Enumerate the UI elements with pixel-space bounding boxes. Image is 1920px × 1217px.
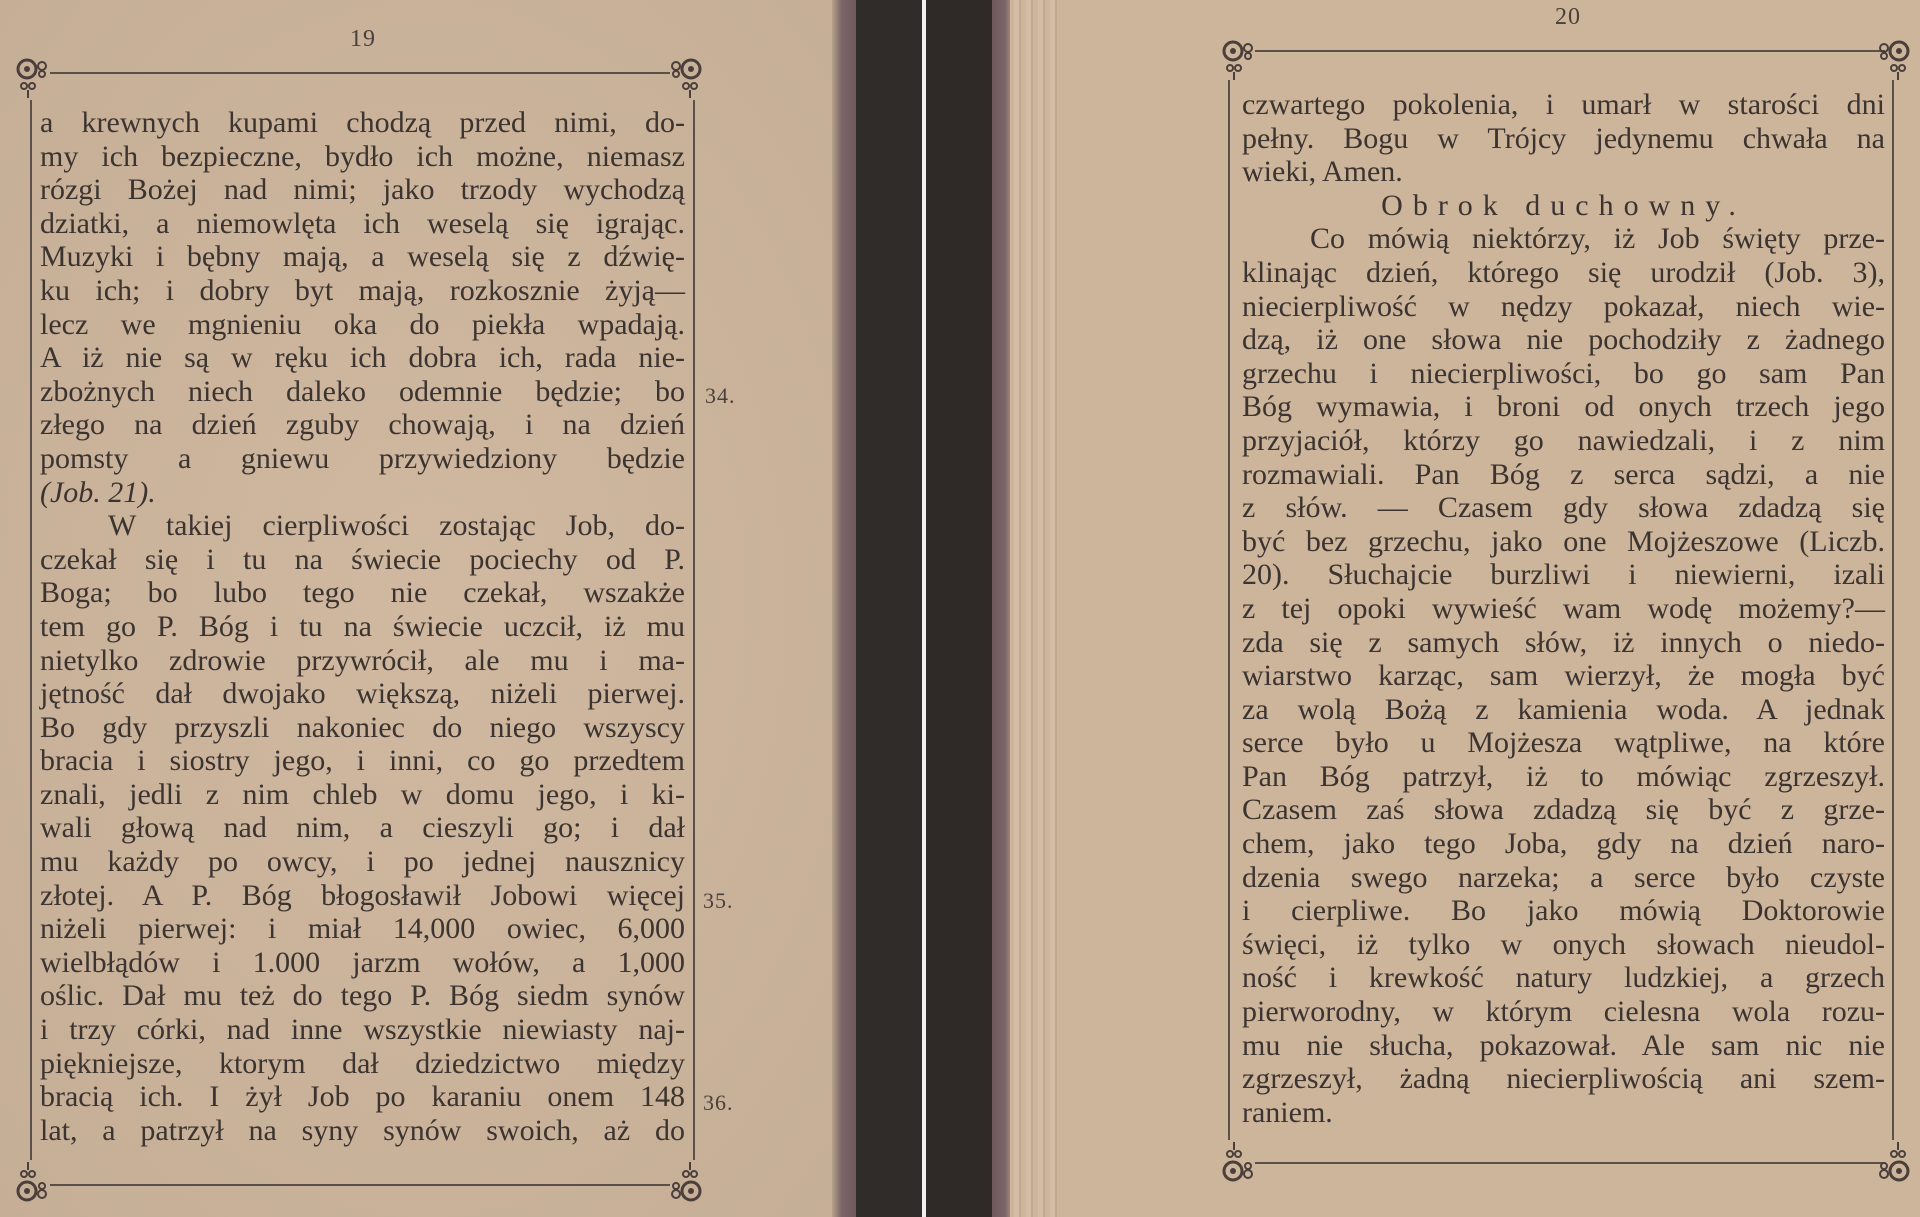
text-line: oślic. Dał mu też do tego P. Bóg siedm s… xyxy=(40,979,685,1013)
text-line: święci, iż tylko w onych słowach nieudol… xyxy=(1242,928,1885,962)
text-line: rozmawiali. Pan Bóg z serca sądzi, a nie xyxy=(1242,458,1885,492)
text-line: raniem. xyxy=(1242,1096,1885,1130)
text-line: bracia i siostry jego, i inni, co go prz… xyxy=(40,744,685,778)
frame-left-line xyxy=(1228,80,1230,1140)
verse-number: 35. xyxy=(703,888,734,914)
text-line: czekał się i tu na świecie pociechy od P… xyxy=(40,543,685,577)
text-line: Boga; bo lubo tego nie czekał, wszakże xyxy=(40,576,685,610)
text-line: Muzyki i bębny mają, a weselą się z dźwi… xyxy=(40,240,685,274)
text-line: i cierpliwe. Bo jako mówią Doktorowie xyxy=(1242,894,1885,928)
text-line: przyjaciół, którzy go nawiedzali, i z ni… xyxy=(1242,424,1885,458)
verse-number: 36. xyxy=(703,1090,734,1116)
verse-number: 34. xyxy=(705,383,736,409)
text-line: bracią ich. I żył Job po karaniu onem 14… xyxy=(40,1080,685,1114)
text-line: i trzy córki, nad inne wszystkie niewias… xyxy=(40,1013,685,1047)
text-line: ność i krewkość natury ludzkiej, a grzec… xyxy=(1242,961,1885,995)
text-line: jętność dał dwojako większą, niżeli pier… xyxy=(40,677,685,711)
spine-left xyxy=(856,0,922,1217)
text-line: pomsty a gniewu przywiedziony będzie xyxy=(40,442,685,476)
corner-ornament-icon xyxy=(14,56,58,100)
corner-ornament-icon xyxy=(1220,38,1264,82)
text-line: czwartego pokolenia, i umarł w starości … xyxy=(1242,88,1885,122)
text-line: dzenia swego narzeka; a serce było czyst… xyxy=(1242,861,1885,895)
text-line: niecierpliwość w nędzy pokazał, niech wi… xyxy=(1242,290,1885,324)
text-line: serce było u Mojżesza wątpliwe, na które xyxy=(1242,726,1885,760)
section-heading: Obrok duchowny. xyxy=(1242,189,1885,223)
text-line: Co mówią niektórzy, iż Job święty prze- xyxy=(1242,222,1885,256)
text-line: znali, jedli z nim chleb w domu jego, i … xyxy=(40,778,685,812)
corner-ornament-icon xyxy=(660,56,704,100)
text-line: zgrzeszył, żadną niecierpliwością ani sz… xyxy=(1242,1062,1885,1096)
corner-ornament-icon xyxy=(1868,1140,1912,1184)
text-line: W takiej cierpliwości zostając Job, do- xyxy=(40,509,685,543)
text-line: pierworodny, w którym cielesna wola rozu… xyxy=(1242,995,1885,1029)
text-line: wiarstwo karząc, sam wierzył, że mogła b… xyxy=(1242,659,1885,693)
spine-right xyxy=(926,0,992,1217)
left-page-text: a krewnych kupami chodzą przed nimi, do-… xyxy=(40,106,685,1147)
left-page-edge xyxy=(832,0,856,1217)
text-line: lecz we mgnieniu oka do piekła wpadają. xyxy=(40,308,685,342)
text-line: lat, a patrzył na syny synów swoich, aż … xyxy=(40,1114,685,1148)
frame-top-line xyxy=(50,72,670,74)
text-line: mu nie słucha, pokazował. Ale sam nic ni… xyxy=(1242,1029,1885,1063)
text-line: Pan Bóg patrzył, iż to mówiąc zgrzeszył. xyxy=(1242,760,1885,794)
text-line: Bóg wymawia, i broni od onych trzech jeg… xyxy=(1242,390,1885,424)
text-line: ku ich; i dobry byt mają, rozkosznie żyj… xyxy=(40,274,685,308)
corner-ornament-icon xyxy=(660,1160,704,1204)
right-page-text: czwartego pokolenia, i umarł w starości … xyxy=(1242,88,1885,1129)
corner-ornament-icon xyxy=(1220,1140,1264,1184)
text-line: pełny. Bogu w Trójcy jedynemu chwała na xyxy=(1242,122,1885,156)
text-line: dziatki, a niemowlęta ich weselą się igr… xyxy=(40,207,685,241)
text-line: być bez grzechu, jako one Mojżeszowe (Li… xyxy=(1242,525,1885,559)
right-page: 20 czwartego pokolenia, i umarł w staroś… xyxy=(1010,0,1920,1217)
text-line: piękniejsze, ktorym dał dziedzictwo międ… xyxy=(40,1047,685,1081)
text-line: z słów. — Czasem gdy słowa zdadzą się xyxy=(1242,491,1885,525)
corner-ornament-icon xyxy=(14,1160,58,1204)
text-line: za wolą Bożą z kamienia woda. A jednak xyxy=(1242,693,1885,727)
left-page: 19 a krewnych kupami chodzą przed nimi, … xyxy=(0,0,855,1217)
text-line: zda się z samych słów, iż innych o niedo… xyxy=(1242,626,1885,660)
frame-right-line xyxy=(1892,80,1894,1140)
text-line: wieki, Amen. xyxy=(1242,155,1885,189)
text-line: Czasem zaś słowa zdadzą się być z grze- xyxy=(1242,793,1885,827)
text-line: niżeli pierwej: i miał 14,000 owiec, 6,0… xyxy=(40,912,685,946)
text-line: mu każdy po owcy, i po jednej nausznicy xyxy=(40,845,685,879)
text-line: a krewnych kupami chodzą przed nimi, do- xyxy=(40,106,685,140)
frame-bottom-line xyxy=(1255,1162,1885,1164)
text-line: z tej opoki wywieść wam wodę możemy?— xyxy=(1242,592,1885,626)
text-line: wielbłądów i 1.000 jarzm wołów, a 1,000 xyxy=(40,946,685,980)
text-line: nietylko zdrowie przywrócił, ale mu i ma… xyxy=(40,644,685,678)
page-stack-edges xyxy=(1014,0,1058,1217)
text-line: klinając dzień, którego się urodził (Job… xyxy=(1242,256,1885,290)
corner-ornament-icon xyxy=(1868,38,1912,82)
text-line: złego na dzień zguby chowają, i na dzień xyxy=(40,408,685,442)
text-line: my ich bezpieczne, bydło ich możne, niem… xyxy=(40,140,685,174)
frame-left-line xyxy=(30,100,32,1160)
frame-bottom-line xyxy=(50,1184,670,1186)
text-line: chem, jako tego Joba, gdy na dzień naro- xyxy=(1242,827,1885,861)
text-line: 20). Słuchajcie burzliwi i niewierni, iz… xyxy=(1242,558,1885,592)
text-line: wali głową nad nim, a cieszyli go; i dał xyxy=(40,811,685,845)
text-line: dzą, iż one słowa nie pochodziły z żadne… xyxy=(1242,323,1885,357)
frame-top-line xyxy=(1255,50,1885,52)
text-line: tem go P. Bóg i tu na świecie uczcił, iż… xyxy=(40,610,685,644)
text-line: rózgi Bożej nad nimi; jako trzody wychod… xyxy=(40,173,685,207)
text-line: grzechu i niecierpliwości, bo go sam Pan xyxy=(1242,357,1885,391)
text-line: Bo gdy przyszli nakoniec do niego wszysc… xyxy=(40,711,685,745)
citation-line: (Job. 21). xyxy=(40,476,685,510)
page-number-right: 20 xyxy=(1555,4,1581,31)
text-line: A iż nie są w ręku ich dobra ich, rada n… xyxy=(40,341,685,375)
text-line: złotej. A P. Bóg błogosławił Jobowi więc… xyxy=(40,879,685,913)
page-number-left: 19 xyxy=(350,26,376,53)
frame-right-line xyxy=(693,100,695,1160)
text-line: zbożnych niech daleko odemnie będzie; bo xyxy=(40,375,685,409)
